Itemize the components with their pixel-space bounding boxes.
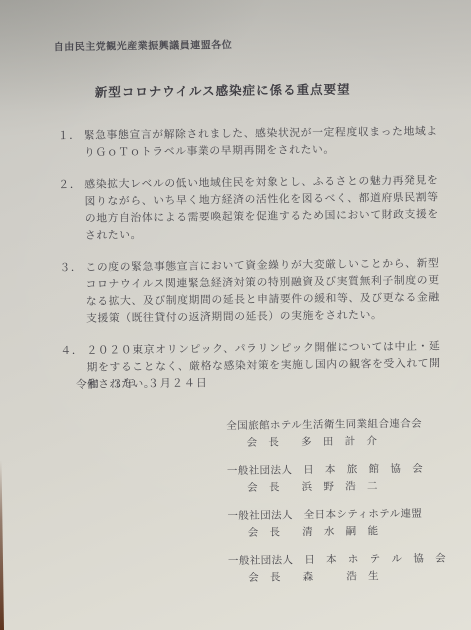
request-item-2: ２． 感染拡大レベルの低い地域住民を対象とし、ふるさとの魅力再発見を図りながら、… (58, 173, 439, 246)
request-item-3: ３． この度の緊急事態宣言において資金繰りが大変厳しいことから、新型コロナウイル… (59, 256, 440, 329)
paper-sheet: 自由民主党観光産業振興議員連盟各位 新型コロナウイルス感染症に係る重点要望 １．… (0, 0, 471, 630)
signatory-organization: 一般社団法人 日 本 ホ テ ル 協 会 (228, 551, 440, 571)
photographed-document: 自由民主党観光産業振興議員連盟各位 新型コロナウイルス感染症に係る重点要望 １．… (0, 0, 471, 630)
signatory-organization: 全国旅館ホテル生活衛生同業組合連合会 (226, 416, 438, 436)
document-title: 新型コロナウイルス感染症に係る重点要望 (0, 78, 448, 102)
item-text: 緊急事態宣言が解除されました、感染状況が一定程度収まった地域よりＧｏＴｏトラベル… (84, 124, 438, 162)
signatory-1: 全国旅館ホテル生活衛生同業組合連合会 会 長 多 田 計 介 (226, 416, 438, 453)
signatory-name: 会 長 浜 野 浩 二 (227, 478, 439, 498)
signatory-name: 会 長 多 田 計 介 (226, 433, 438, 453)
date-line: 令和 ３年 ３月２４日 (76, 374, 208, 392)
item-number: ３． (59, 260, 86, 328)
signatory-name: 会 長 森 浩 生 (228, 568, 440, 588)
recipient-line: 自由民主党観光産業振興議員連盟各位 (54, 36, 233, 53)
signatory-2: 一般社団法人 日 本 旅 館 協 会 会 長 浜 野 浩 二 (227, 461, 439, 498)
item-text: 感染拡大レベルの低い地域住民を対象とし、ふるさとの魅力再発見を図りながら、いち早… (84, 173, 439, 245)
signatory-4: 一般社団法人 日 本 ホ テ ル 協 会 会 長 森 浩 生 (228, 551, 440, 588)
signatory-organization: 一般社団法人 日 本 旅 館 協 会 (227, 461, 439, 481)
signatory-name: 会 長 清 水 嗣 能 (228, 523, 440, 543)
signatory-organization: 一般社団法人 全日本シティホテル連盟 (227, 506, 439, 526)
item-number: ２． (58, 177, 85, 245)
signatory-block: 全国旅館ホテル生活衛生同業組合連合会 会 長 多 田 計 介 一般社団法人 日 … (226, 416, 440, 599)
signatory-3: 一般社団法人 全日本シティホテル連盟 会 長 清 水 嗣 能 (227, 506, 439, 543)
item-number: １． (58, 128, 84, 162)
item-text: この度の緊急事態宣言において資金繰りが大変厳しいことから、新型コロナウイルス関連… (85, 256, 440, 328)
request-items: １． 緊急事態宣言が解除されました、感染状況が一定程度収まった地域よりＧｏＴｏト… (58, 124, 441, 410)
request-item-1: １． 緊急事態宣言が解除されました、感染状況が一定程度収まった地域よりＧｏＴｏト… (58, 124, 438, 163)
